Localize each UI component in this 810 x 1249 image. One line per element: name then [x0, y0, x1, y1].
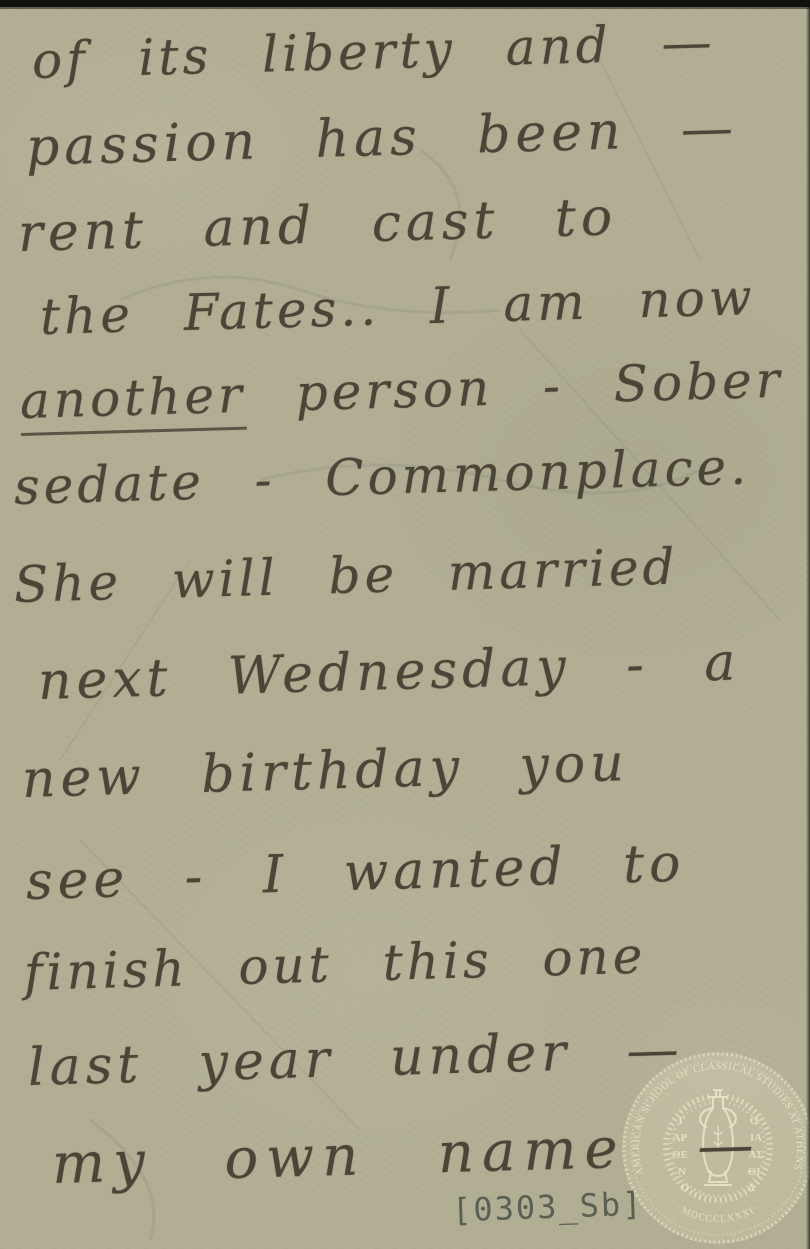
handwriting-line-2: passion has been —: [25, 98, 739, 178]
handwriting-line-12: last year under —: [27, 1020, 684, 1098]
letter-page: AMERICAN SCHOOL OF CLASSICAL STUDIES AT …: [0, 0, 810, 1249]
underlined-word-another: another: [19, 366, 247, 436]
scan-right-edge: [806, 0, 810, 1249]
handwriting-line-9: new birthday you: [21, 733, 629, 810]
handwriting-layer: of its liberty and — passion has been — …: [0, 0, 810, 1249]
handwriting-line-11: finish out this one: [23, 927, 647, 1002]
handwriting-line-7: She will be married: [13, 537, 679, 614]
handwriting-line-8: next Wednesday - a: [37, 632, 741, 712]
scan-top-edge: [0, 0, 810, 9]
handwriting-line-6: sedate - Commonplace.: [13, 437, 751, 516]
archive-code: [0303_Sb]: [451, 1185, 644, 1230]
handwriting-line-10: see - I wanted to: [25, 834, 686, 912]
handwriting-line-1: of its liberty and —: [31, 13, 716, 90]
handwriting-line-4: the Fates.. I am now: [39, 268, 756, 346]
handwriting-line-5-rest: person - Sober: [245, 351, 784, 424]
handwriting-line-13: my own name —: [51, 1112, 762, 1197]
handwriting-line-5: another person - Sober: [19, 351, 784, 430]
handwriting-line-3: rent and cast to: [17, 187, 618, 264]
